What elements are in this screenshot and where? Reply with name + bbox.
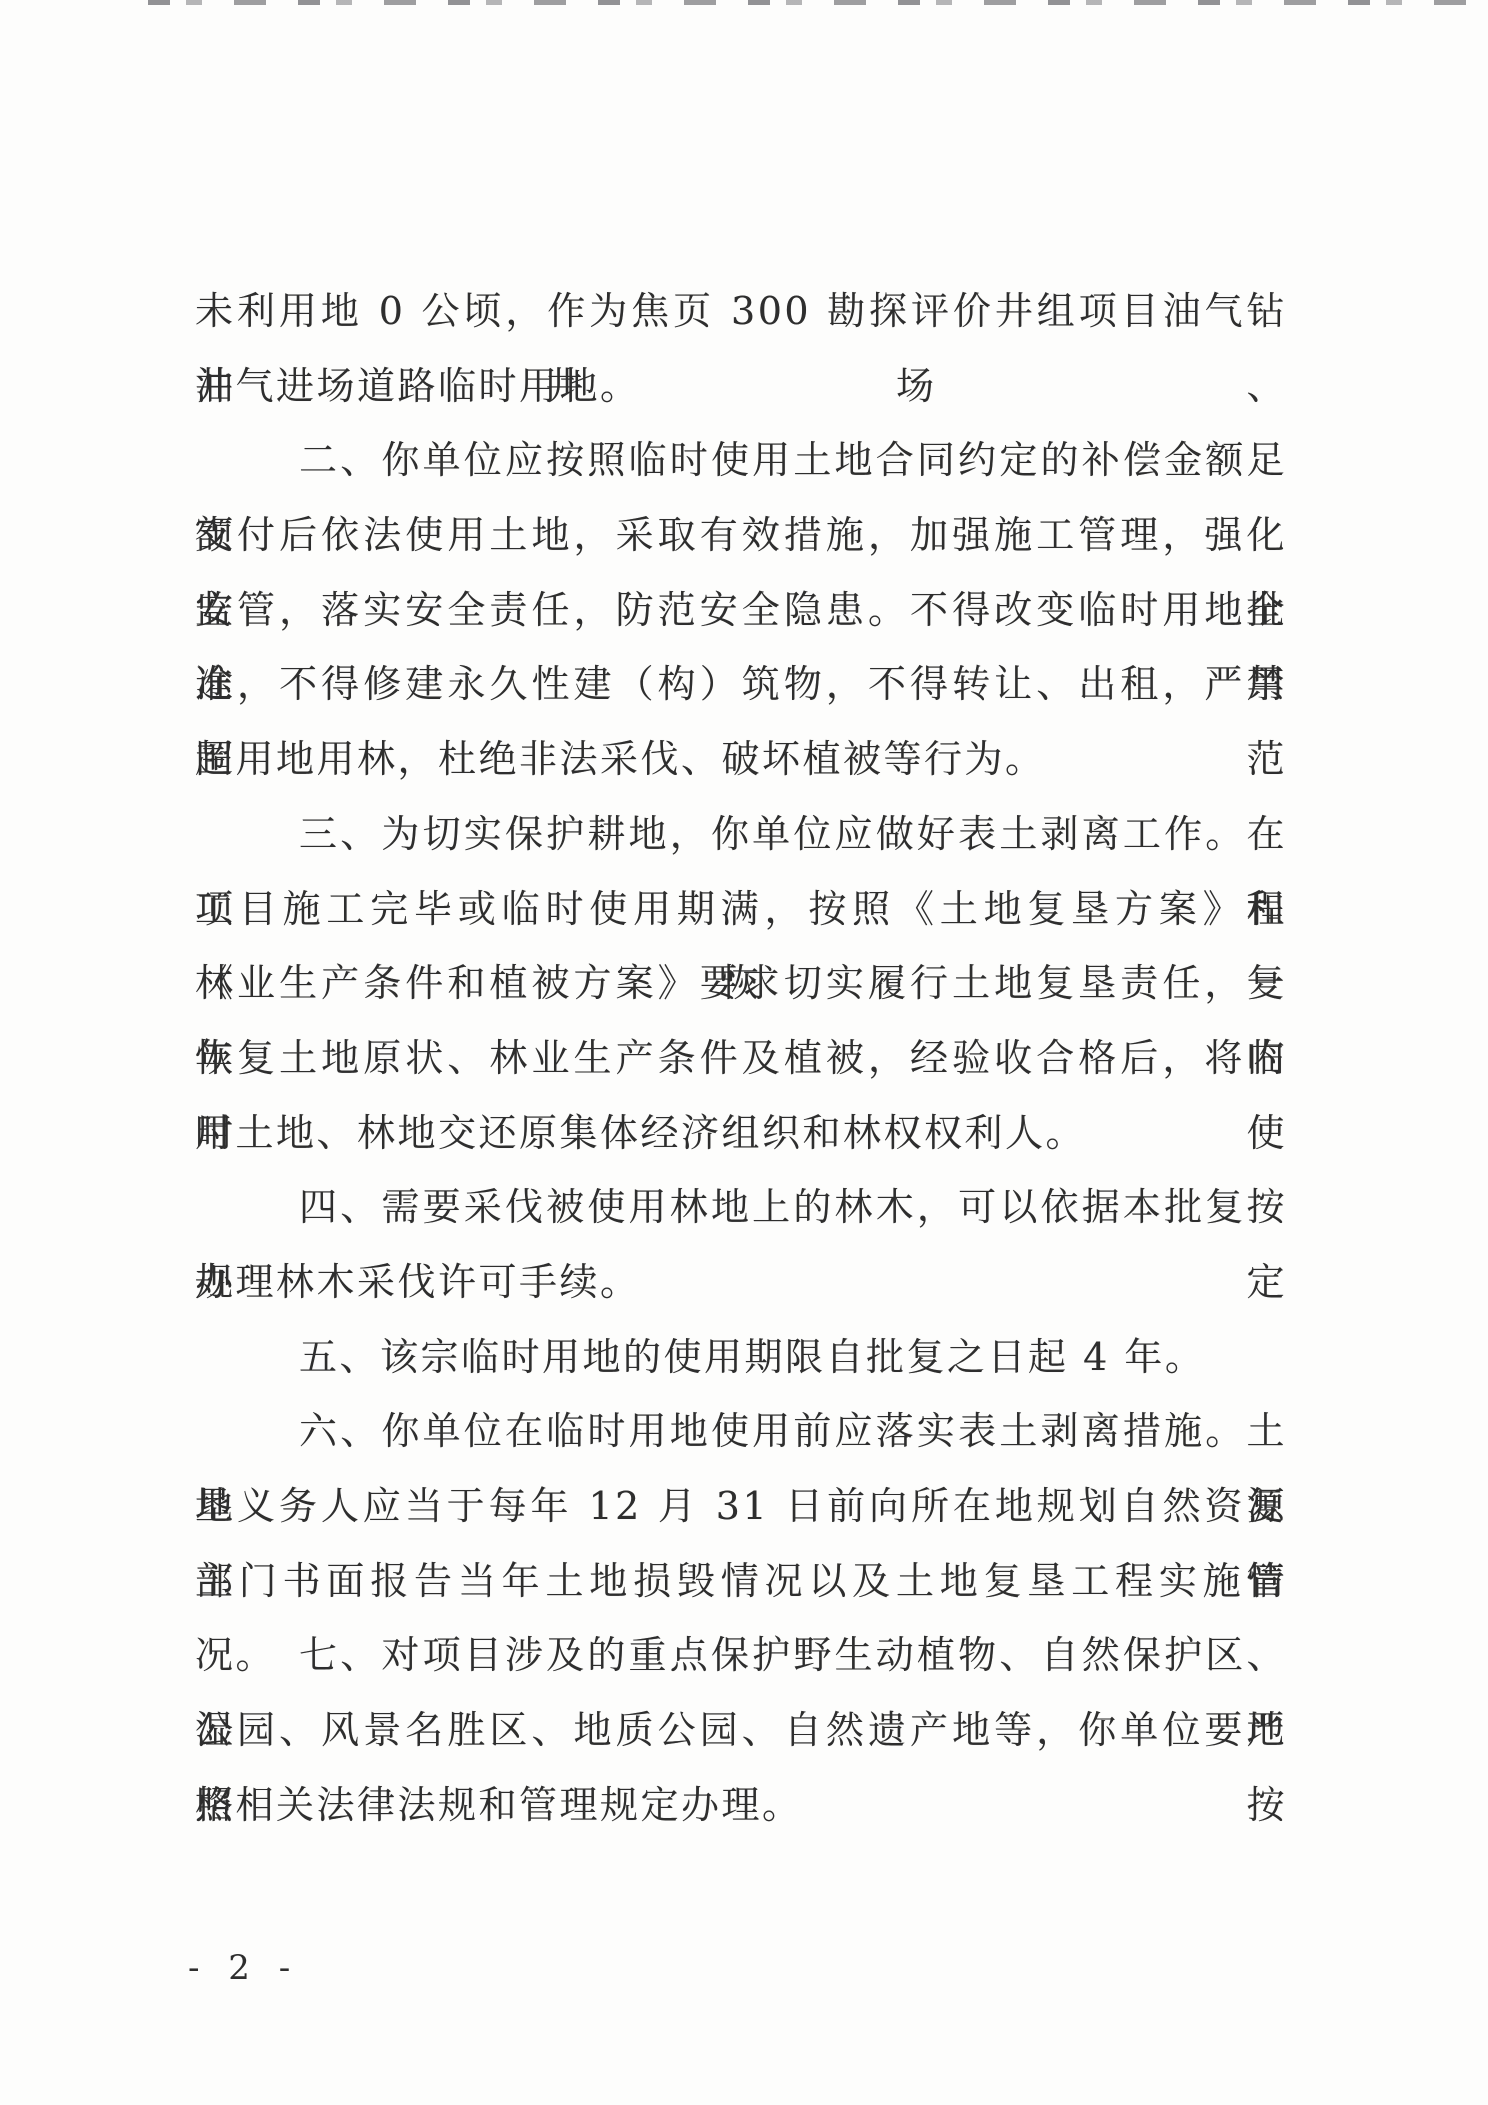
text-line: 七、对项目涉及的重点保护野生动植物、自然保护区、湿地 <box>195 1618 1287 1693</box>
text-line: 二、你单位应按照临时使用土地合同约定的补偿金额足额 <box>195 423 1287 498</box>
text-line: 五、该宗临时用地的使用期限自批复之日起 4 年。 <box>195 1320 1287 1395</box>
text-line: 垦义务人应当于每年 12 月 31 日前向所在地规划自然资源主管 <box>195 1469 1287 1544</box>
document-body: 未利用地 0 公顷，作为焦页 300 勘探评价井组项目油气钻井井场、 油气进场道… <box>195 274 1287 1842</box>
text-line: 四、需要采伐被使用林地上的林木，可以依据本批复按规定 <box>195 1170 1287 1245</box>
text-line: 林业生产条件和植被方案》要求切实履行土地复垦责任，一年内 <box>195 946 1287 1021</box>
text-line: 项目施工完毕或临时使用期满，按照《土地复垦方案》和《恢复 <box>195 872 1287 947</box>
text-line: 恢复土地原状、林业生产条件及植被，经验收合格后，将临时使 <box>195 1021 1287 1096</box>
page-footer: - 2 - <box>188 1948 299 1988</box>
text-line: 监管，落实安全责任，防范安全隐患。不得改变临时用地批准用 <box>195 573 1287 648</box>
text-line: 六、你单位在临时用地使用前应落实表土剥离措施。土地复 <box>195 1394 1287 1469</box>
scan-edge-artifact <box>148 0 1470 5</box>
text-line: 三、为切实保护耕地，你单位应做好表土剥离工作。在工程 <box>195 797 1287 872</box>
text-line: 未利用地 0 公顷，作为焦页 300 勘探评价井组项目油气钻井井场、 <box>195 274 1287 349</box>
document-page: 未利用地 0 公顷，作为焦页 300 勘探评价井组项目油气钻井井场、 油气进场道… <box>0 0 1488 2105</box>
text-line: 部门书面报告当年土地损毁情况以及土地复垦工程实施情况。 <box>195 1544 1287 1619</box>
text-line: 公园、风景名胜区、地质公园、自然遗产地等，你单位要严格按 <box>195 1693 1287 1768</box>
text-line: 途，不得修建永久性建（构）筑物，不得转让、出租，严禁超范 <box>195 647 1287 722</box>
text-line: 支付后依法使用土地，采取有效措施，加强施工管理，强化安全 <box>195 498 1287 573</box>
page-number: - 2 - <box>188 1948 299 1988</box>
